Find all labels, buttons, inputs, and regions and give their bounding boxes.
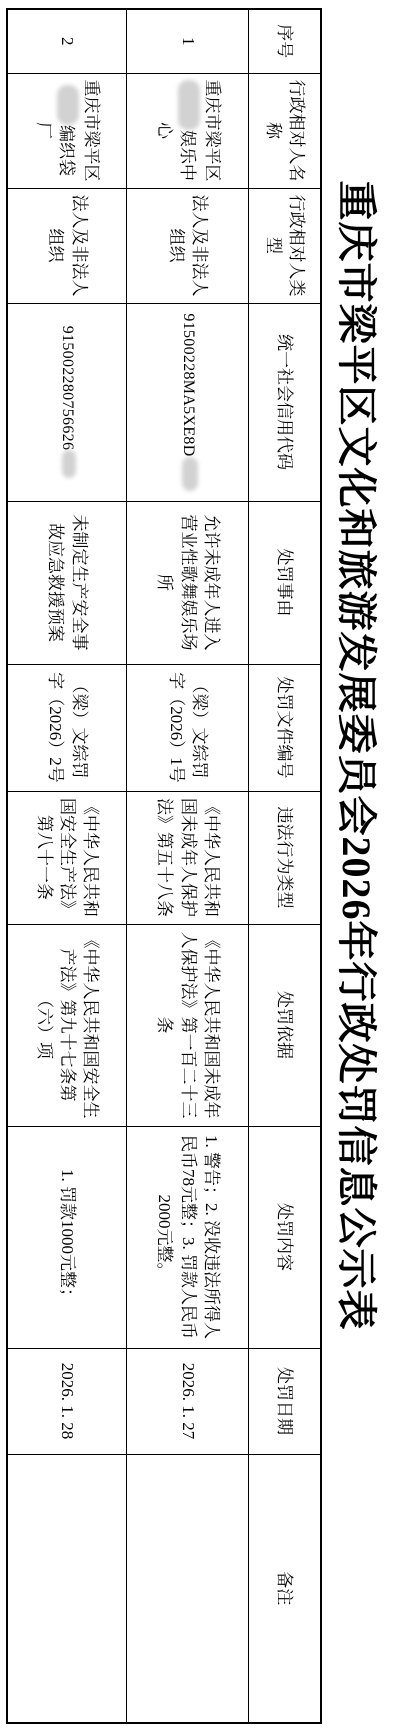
header-name: 行政相对人名称: [249, 73, 321, 188]
page-title: 重庆市梁平区文化和旅游发展委员会2026年行政处罚信息公示表: [324, 158, 396, 1353]
cell-credit-code-text: 91500228MA5XE8D: [180, 313, 197, 456]
header-type: 行政相对人类型: [249, 188, 321, 303]
cell-index: 1: [127, 9, 249, 73]
cell-credit-code: 91500228MA5XE8D: [127, 303, 249, 501]
cell-date: 2026. 1. 28: [7, 1348, 127, 1454]
cell-doc-no: （梁）文综罚字（2026）2号: [7, 664, 127, 791]
cell-name-post: 娱乐中心: [155, 122, 197, 181]
header-remark: 备注: [249, 1454, 321, 1723]
penalty-table: 序号 行政相对人名称 行政相对人类型 统一社会信用代码 处罚事由 处罚文件编号 …: [6, 8, 322, 1724]
table-row-2: 2 重庆市梁平区编织袋厂 法人及非法人组织 915002280756626 未制…: [7, 9, 127, 1723]
redaction-blur: [62, 450, 76, 478]
cell-reason: 允许未成年人进入营业性歌舞娱乐场所: [127, 501, 249, 664]
cell-violation-type: 《中华人民共和国安全生产法》第八十一条: [7, 791, 127, 924]
cell-name: 重庆市梁平区娱乐中心: [127, 73, 249, 188]
header-violation-type: 违法行为类型: [249, 791, 321, 924]
cell-reason: 未制定生产安全事故应急救援预案: [7, 501, 127, 664]
cell-violation-type: 《中华人民共和国未成年人保护法》第五十八条: [127, 791, 249, 924]
cell-name-post: 编织袋厂: [34, 122, 76, 176]
redaction-blur: [182, 457, 198, 491]
cell-name: 重庆市梁平区编织袋厂: [7, 73, 127, 188]
cell-credit-code-text: 915002280756626: [59, 326, 76, 451]
cell-name-pre: 重庆市梁平区: [203, 80, 222, 182]
cell-basis: 《中华人民共和国安全生产法》第九十七条第（六）项: [7, 924, 127, 1126]
cell-index: 2: [7, 9, 127, 73]
rotated-sheet: 重庆市梁平区文化和旅游发展委员会2026年行政处罚信息公示表 序号 行政相对人名…: [0, 0, 396, 1731]
table-row-1: 1 重庆市梁平区娱乐中心 法人及非法人组织 91500228MA5XE8D 允许…: [127, 9, 249, 1723]
header-content: 处罚内容: [249, 1126, 321, 1348]
page: 重庆市梁平区文化和旅游发展委员会2026年行政处罚信息公示表 序号 行政相对人名…: [0, 0, 396, 1731]
cell-type: 法人及非法人组织: [127, 188, 249, 303]
cell-remark: [7, 1454, 127, 1723]
header-row: 序号 行政相对人名称 行政相对人类型 统一社会信用代码 处罚事由 处罚文件编号 …: [249, 9, 321, 1723]
header-basis: 处罚依据: [249, 924, 321, 1126]
cell-name-pre: 重庆市梁平区: [82, 80, 101, 182]
cell-basis: 《中华人民共和国未成年人保护法》第一百二十三条: [127, 924, 249, 1126]
cell-date: 2026. 1. 27: [127, 1348, 249, 1454]
header-doc-no: 处罚文件编号: [249, 664, 321, 791]
cell-content: 1. 警告；2. 没收违法所得人民币78元整；3. 罚款人民币2000元整。: [127, 1126, 249, 1348]
redaction-blur: [57, 85, 79, 125]
cell-doc-no: （梁）文综罚字（2026）1号: [127, 664, 249, 791]
header-index: 序号: [249, 9, 321, 73]
header-credit-code: 统一社会信用代码: [249, 303, 321, 501]
cell-content: 1. 罚款1000元整；: [7, 1126, 127, 1348]
header-date: 处罚日期: [249, 1348, 321, 1454]
header-reason: 处罚事由: [249, 501, 321, 664]
cell-credit-code: 915002280756626: [7, 303, 127, 501]
cell-type: 法人及非法人组织: [7, 188, 127, 303]
cell-remark: [127, 1454, 249, 1723]
redaction-blur: [178, 80, 200, 130]
